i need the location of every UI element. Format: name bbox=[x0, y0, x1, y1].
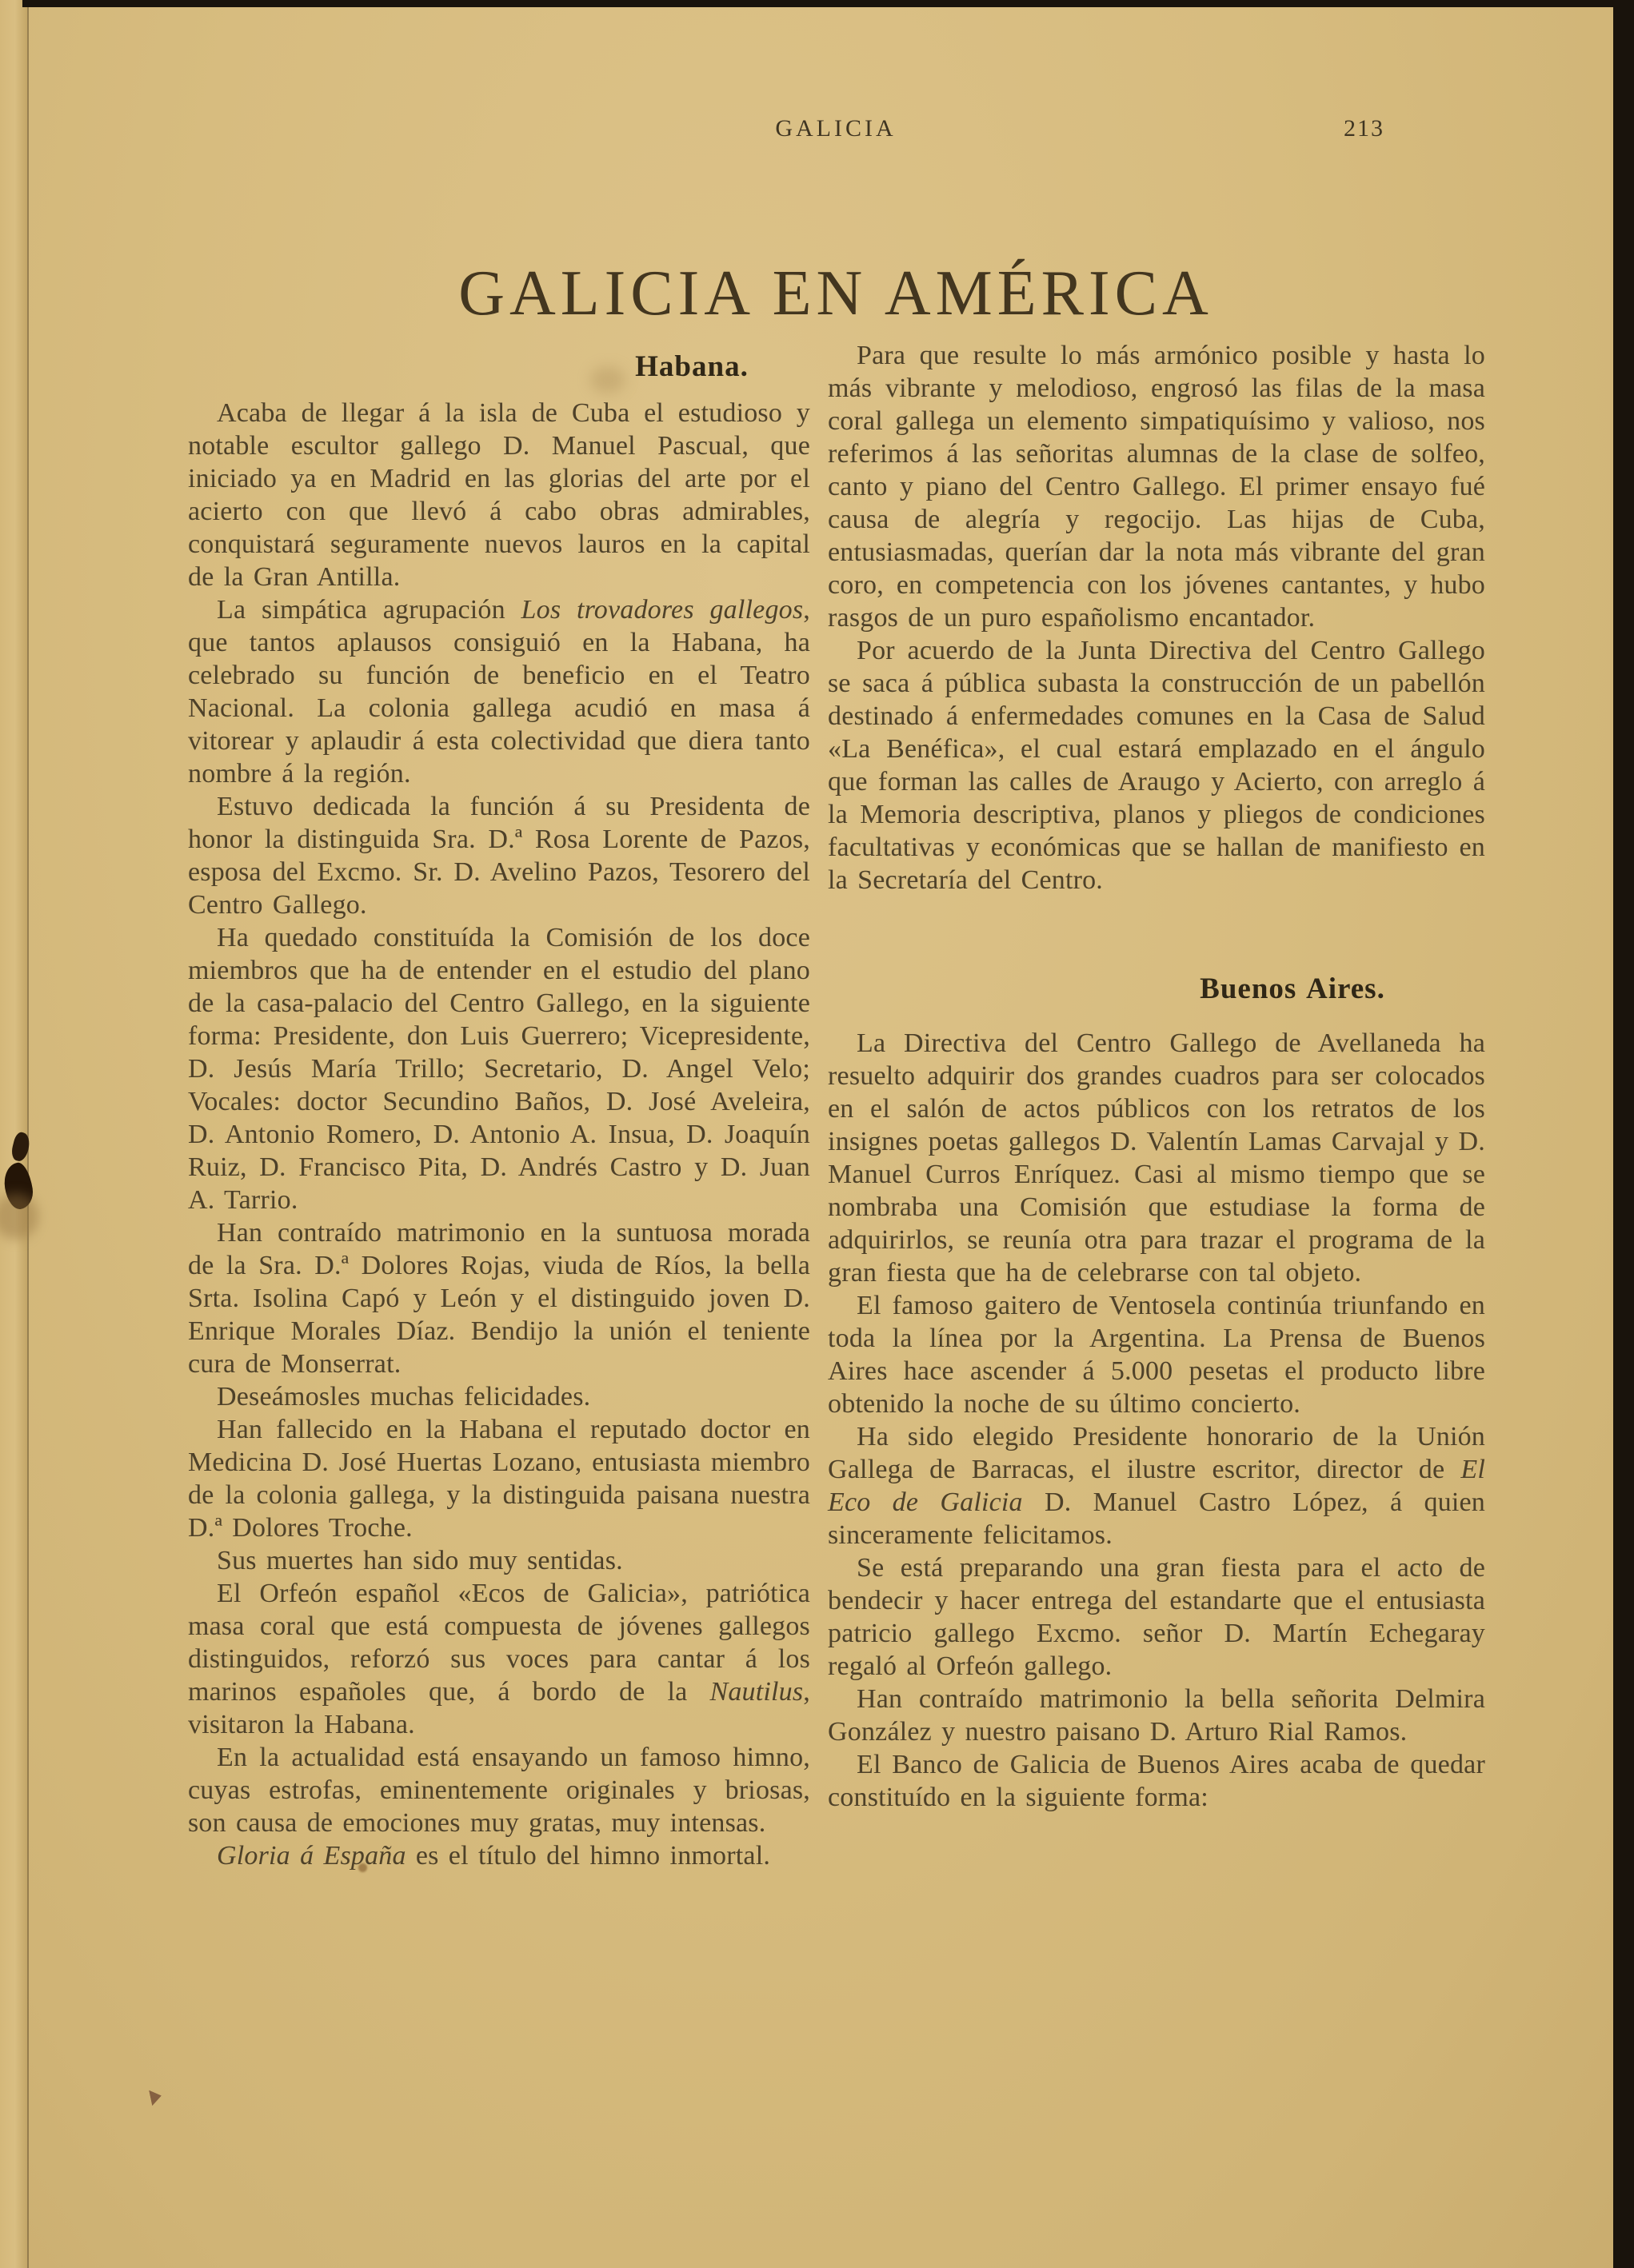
paragraph: El famoso gaitero de Ventosela continúa … bbox=[828, 1289, 1485, 1420]
text-run: El famoso gaitero de Ventosela continúa … bbox=[828, 1291, 1485, 1419]
text-run: Estuvo dedicada la función á su Presiden… bbox=[188, 792, 810, 920]
text-run: Ha sido elegido Presidente honorario de … bbox=[828, 1422, 1485, 1484]
scanned-magazine-page: GALICIA 213 GALICIA EN AMÉRICA Habana. A… bbox=[0, 0, 1634, 2268]
paragraph: Por acuerdo de la Junta Directiva del Ce… bbox=[828, 634, 1485, 896]
italic-text-run: Gloria á España bbox=[217, 1841, 406, 1871]
italic-text-run: Los trovadores gallegos bbox=[521, 595, 804, 625]
habana-paragraphs: Acaba de llegar á la isla de Cuba el est… bbox=[188, 397, 810, 1872]
paragraph: La simpática agrupación Los trovadores g… bbox=[188, 593, 810, 790]
text-run: Se está preparando una gran fiesta para … bbox=[828, 1553, 1485, 1681]
buenos-aires-paragraphs: La Directiva del Centro Gallego de Avell… bbox=[828, 1027, 1485, 1814]
paragraph: Gloria á España es el título del himno i… bbox=[188, 1839, 810, 1872]
paragraph: El Banco de Galicia de Buenos Aires acab… bbox=[828, 1748, 1485, 1814]
margin-ink-mark bbox=[149, 2088, 163, 2106]
text-run: Han contraído matrimonio en la suntuosa … bbox=[188, 1218, 810, 1379]
italic-text-run: Nautilus bbox=[709, 1677, 803, 1707]
scan-edge-top bbox=[22, 0, 1634, 7]
text-run: Deseámosles muchas felicidades. bbox=[217, 1382, 590, 1412]
paragraph: Estuvo dedicada la función á su Presiden… bbox=[188, 790, 810, 921]
running-header: GALICIA bbox=[188, 115, 1484, 142]
paragraph: Sus muertes han sido muy sentidas. bbox=[188, 1544, 810, 1577]
paragraph: En la actualidad está ensayando un famos… bbox=[188, 1741, 810, 1839]
paragraph: Deseámosles muchas felicidades. bbox=[188, 1380, 810, 1413]
paragraph: La Directiva del Centro Gallego de Avell… bbox=[828, 1027, 1485, 1289]
paper-stain bbox=[0, 1193, 38, 1240]
paragraph: Han contraído matrimonio la bella señori… bbox=[828, 1683, 1485, 1748]
habana-continued-paragraphs: Para que resulte lo más armónico posible… bbox=[828, 339, 1485, 896]
section-heading-buenos-aires: Buenos Aires. bbox=[828, 972, 1485, 1005]
text-run: Han contraído matrimonio la bella señori… bbox=[828, 1684, 1485, 1747]
page-number: 213 bbox=[1344, 115, 1424, 142]
article-title: GALICIA EN AMÉRICA bbox=[188, 258, 1484, 330]
section-heading-habana: Habana. bbox=[572, 349, 812, 384]
text-run: La Directiva del Centro Gallego de Avell… bbox=[828, 1028, 1485, 1288]
text-run: es el título del himno inmortal. bbox=[406, 1841, 770, 1871]
right-column: Para que resulte lo más armónico posible… bbox=[828, 339, 1485, 1814]
paragraph: Se está preparando una gran fiesta para … bbox=[828, 1551, 1485, 1683]
paragraph: Han fallecido en la Habana el reputado d… bbox=[188, 1413, 810, 1544]
text-run: Sus muertes han sido muy sentidas. bbox=[217, 1546, 623, 1575]
paragraph: Ha sido elegido Presidente honorario de … bbox=[828, 1420, 1485, 1551]
text-run: La simpática agrupación bbox=[217, 595, 521, 625]
left-column: Acaba de llegar á la isla de Cuba el est… bbox=[188, 397, 810, 1872]
paragraph: Para que resulte lo más armónico posible… bbox=[828, 339, 1485, 634]
text-run: Ha quedado constituída la Comisión de lo… bbox=[188, 923, 810, 1215]
text-run: Para que resulte lo más armónico posible… bbox=[828, 341, 1485, 633]
scan-edge-right bbox=[1613, 0, 1634, 2268]
paragraph: Acaba de llegar á la isla de Cuba el est… bbox=[188, 397, 810, 593]
text-run: Acaba de llegar á la isla de Cuba el est… bbox=[188, 398, 810, 592]
text-run: Han fallecido en la Habana el reputado d… bbox=[188, 1415, 810, 1543]
text-run: En la actualidad está ensayando un famos… bbox=[188, 1743, 810, 1838]
paragraph: El Orfeón español «Ecos de Galicia», pat… bbox=[188, 1577, 810, 1741]
text-run: Por acuerdo de la Junta Directiva del Ce… bbox=[828, 636, 1485, 895]
text-run: El Banco de Galicia de Buenos Aires acab… bbox=[828, 1750, 1485, 1812]
paragraph: Ha quedado constituída la Comisión de lo… bbox=[188, 921, 810, 1216]
paragraph: Han contraído matrimonio en la suntuosa … bbox=[188, 1216, 810, 1380]
page-crease-line bbox=[27, 0, 29, 2268]
